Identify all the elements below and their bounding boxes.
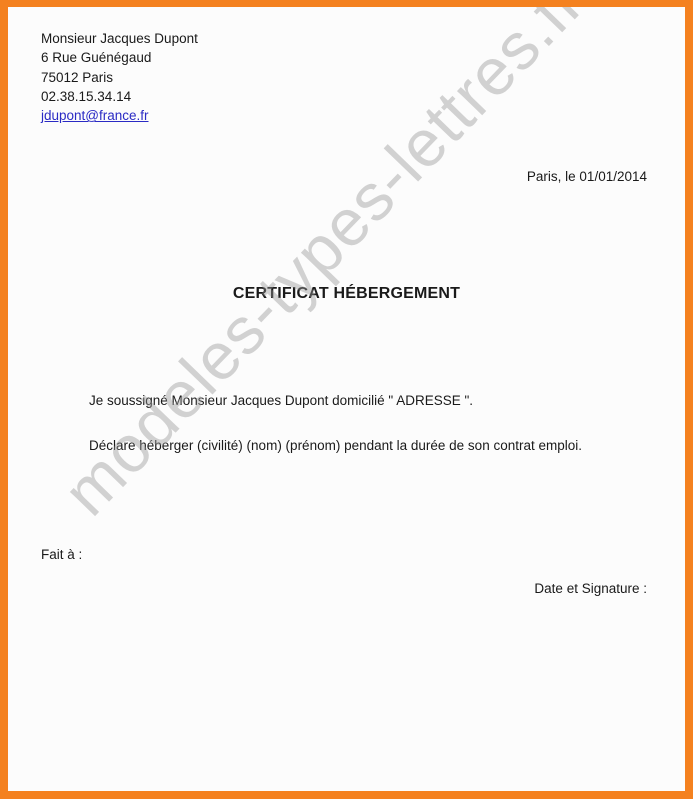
sender-email-link[interactable]: jdupont@france.fr: [41, 108, 149, 123]
place-label: Fait à :: [41, 545, 82, 564]
date-line: Paris, le 01/01/2014: [527, 167, 647, 186]
paragraph-declaration: Je soussigné Monsieur Jacques Dupont dom…: [89, 391, 473, 410]
sender-block: Monsieur Jacques Dupont 6 Rue Guénégaud …: [41, 29, 198, 125]
sender-name: Monsieur Jacques Dupont: [41, 29, 198, 48]
signature-label: Date et Signature :: [534, 579, 647, 598]
sender-street: 6 Rue Guénégaud: [41, 48, 198, 67]
sender-city: 75012 Paris: [41, 68, 198, 87]
document-title: CERTIFICAT HÉBERGEMENT: [8, 285, 685, 303]
paragraph-hosting: Déclare héberger (civilité) (nom) (préno…: [89, 436, 582, 455]
document-page: Monsieur Jacques Dupont 6 Rue Guénégaud …: [8, 7, 685, 791]
sender-phone: 02.38.15.34.14: [41, 87, 198, 106]
